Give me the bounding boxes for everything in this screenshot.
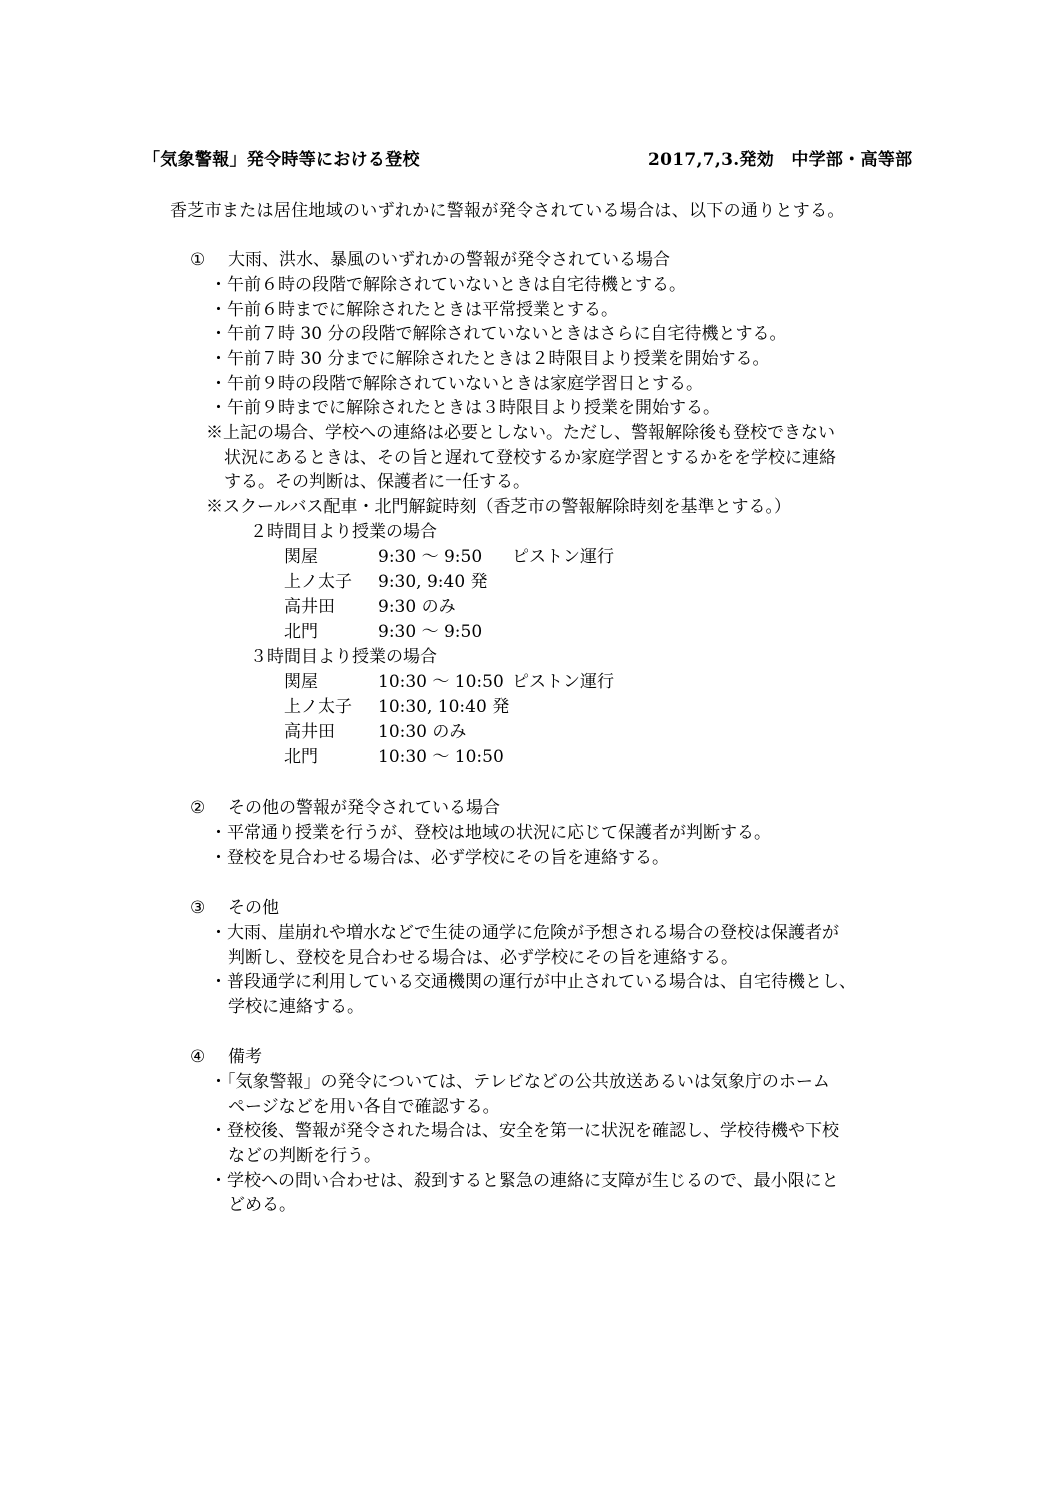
schedule-place: 北門 — [284, 745, 318, 769]
bullet-item: ・大雨、崖崩れや増水などで生徒の通学に危険が予想される場合の登校は保護者が — [210, 921, 839, 945]
schedule-row: 高井田 10:30 のみ — [284, 720, 704, 744]
schedule-time: 10:30 のみ — [378, 720, 466, 744]
bullet-item: ・午前６時までに解除されたときは平常授業とする。 — [210, 298, 618, 322]
document-page: 「気象警報」発令時等における登校 2017,7,3.発効 中学部・高等部 香芝市… — [0, 0, 1058, 1497]
schedule-time: 9:30, 9:40 発 — [378, 570, 488, 594]
schedule-place: 上ノ太子 — [284, 695, 352, 719]
bullet-item: ・登校を見合わせる場合は、必ず学校にその旨を連絡する。 — [210, 846, 669, 870]
note-line: ※上記の場合、学校への連絡は必要としない。ただし、警報解除後も登校できない — [206, 421, 835, 445]
schedule-time: 9:30 ～ 9:50 — [378, 545, 482, 569]
section-heading: 備考 — [228, 1045, 262, 1069]
section-heading: 大雨、洪水、暴風のいずれかの警報が発令されている場合 — [228, 248, 670, 272]
effective-date-and-division: 2017,7,3.発効 中学部・高等部 — [648, 148, 912, 172]
schedule-row: 上ノ太子 9:30, 9:40 発 — [284, 570, 684, 594]
schedule-place: 北門 — [284, 620, 318, 644]
schedule-time: 10:30 ～ 10:50 — [378, 670, 504, 694]
schedule-place: 高井田 — [284, 595, 335, 619]
section-heading: その他の警報が発令されている場合 — [228, 796, 500, 820]
bullet-item: ・学校への問い合わせは、殺到すると緊急の連絡に支障が生じるので、最小限にと — [210, 1169, 839, 1193]
schedule-place: 関屋 — [284, 545, 318, 569]
schedule-time: 10:30 ～ 10:50 — [378, 745, 504, 769]
schedule-time: 10:30, 10:40 発 — [378, 695, 509, 719]
bus-schedule-note: ※スクールバス配車・北門解錠時刻（香芝市の警報解除時刻を基準とする。） — [206, 495, 791, 519]
section-number: ④ — [190, 1045, 205, 1069]
schedule-time: 9:30 のみ — [378, 595, 456, 619]
schedule-place: 高井田 — [284, 720, 335, 744]
bullet-item: ・午前７時 30 分までに解除されたときは２時限目より授業を開始する。 — [210, 347, 769, 371]
bullet-item: ・午前９時の段階で解除されていないときは家庭学習日とする。 — [210, 372, 703, 396]
schedule-row: 北門 9:30 ～ 9:50 — [284, 620, 684, 644]
section-number: ② — [190, 796, 205, 820]
bullet-item: ・「気象警報」の発令については、テレビなどの公共放送あるいは気象庁のホーム — [210, 1070, 830, 1094]
schedule-row: 北門 10:30 ～ 10:50 — [284, 745, 704, 769]
bullet-continuation: などの判断を行う。 — [228, 1144, 381, 1168]
bullet-continuation: 学校に連絡する。 — [228, 995, 364, 1019]
bullet-continuation: どめる。 — [228, 1193, 296, 1217]
schedule-time: 9:30 ～ 9:50 — [378, 620, 482, 644]
bullet-continuation: 判断し、登校を見合わせる場合は、必ず学校にその旨を連絡する。 — [228, 946, 738, 970]
bullet-item: ・午前６時の段階で解除されていないときは自宅待機とする。 — [210, 273, 686, 297]
schedule-row: 関屋 9:30 ～ 9:50 ピストン運行 — [284, 545, 684, 569]
bullet-item: ・午前９時までに解除されたときは３時限目より授業を開始する。 — [210, 396, 720, 420]
schedule-place: 関屋 — [284, 670, 318, 694]
schedule-place: 上ノ太子 — [284, 570, 352, 594]
schedule-row: 関屋 10:30 ～ 10:50 ピストン運行 — [284, 670, 704, 694]
section-heading: その他 — [228, 896, 279, 920]
schedule-heading: ２時間目より授業の場合 — [250, 520, 437, 544]
schedule-extra: ピストン運行 — [512, 545, 614, 569]
bullet-item: ・午前７時 30 分の段階で解除されていないときはさらに自宅待機とする。 — [210, 322, 786, 346]
note-line: する。その判断は、保護者に一任する。 — [224, 470, 530, 494]
schedule-row: 高井田 9:30 のみ — [284, 595, 684, 619]
bullet-item: ・平常通り授業を行うが、登校は地域の状況に応じて保護者が判断する。 — [210, 821, 771, 845]
schedule-extra: ピストン運行 — [512, 670, 614, 694]
section-number: ① — [190, 248, 205, 272]
bullet-continuation: ページなどを用い各自で確認する。 — [228, 1095, 500, 1119]
section-number: ③ — [190, 896, 205, 920]
intro-paragraph: 香芝市または居住地域のいずれかに警報が発令されている場合は、以下の通りとする。 — [170, 199, 845, 223]
schedule-row: 上ノ太子 10:30, 10:40 発 — [284, 695, 704, 719]
bullet-item: ・登校後、警報が発令された場合は、安全を第一に状況を確認し、学校待機や下校 — [210, 1119, 839, 1143]
document-title: 「気象警報」発令時等における登校 — [143, 148, 420, 172]
schedule-heading: ３時間目より授業の場合 — [250, 645, 437, 669]
bullet-item: ・普段通学に利用している交通機関の運行が中止されている場合は、自宅待機とし、 — [210, 970, 856, 994]
note-line: 状況にあるときは、その旨と遅れて登校するか家庭学習とするかをを学校に連絡 — [224, 446, 836, 470]
